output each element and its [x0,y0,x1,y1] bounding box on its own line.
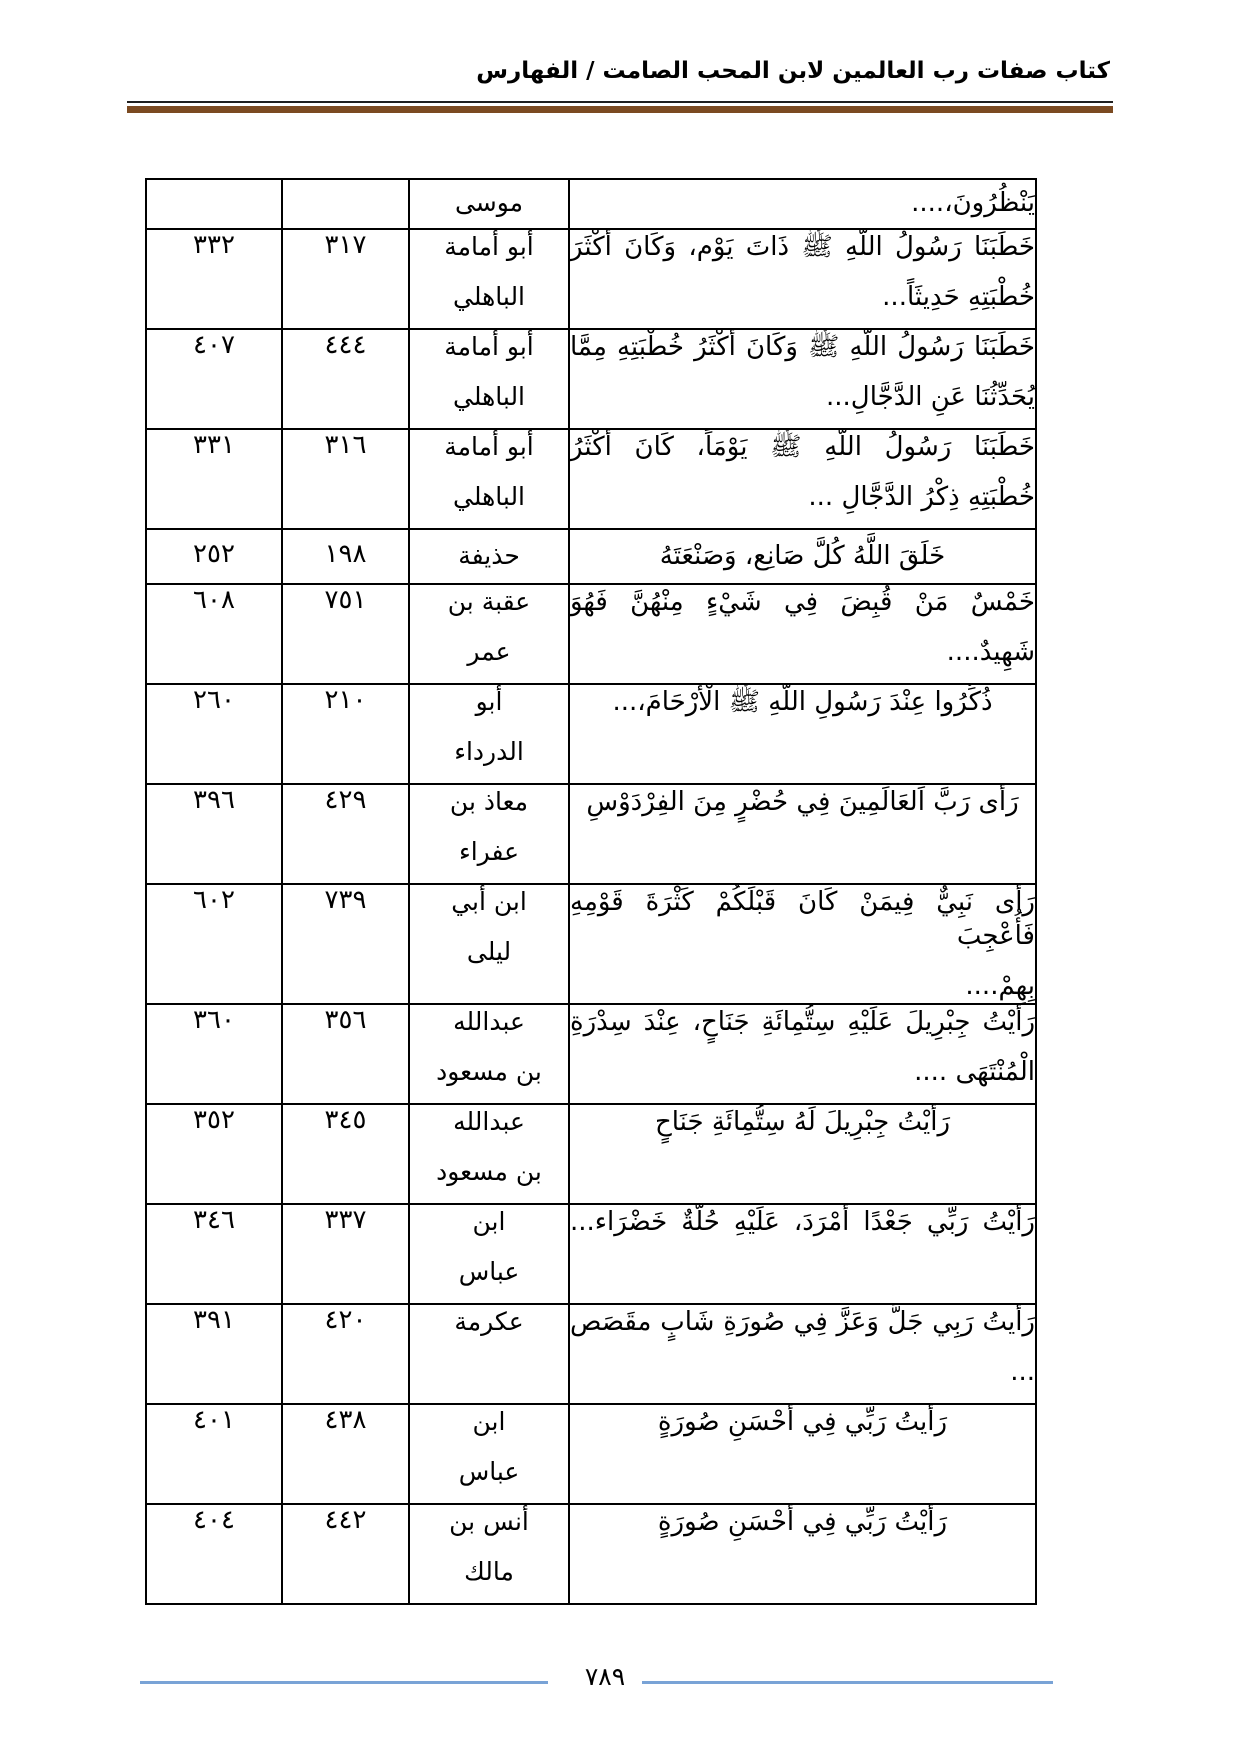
table-row: يَنْظُرُونَ،.... موسى [146,179,1036,229]
hadith-text-line: رَأَى رَبَّ اَلعَالَمِينَ فِي حُضْرٍ مِن… [570,785,1035,819]
page-header-title: كتاب صفات رب العالمين لابن المحب الصامت … [130,58,1110,84]
hadith-text-line: الْمُنْتَهَى .... [570,1055,1035,1089]
hadith-text-line: يُحَدِّثُنَا عَنِ الدَّجَّالِ... [570,380,1035,414]
footer-rule-left-side [642,1681,1053,1684]
page-ref-cell: ٣٣٢ [146,229,282,329]
hadith-text-line: رَأَيْتُ جِبْرِيلَ عَلَيْهِ سِتُّمِائَةِ… [570,1005,1035,1039]
table-row: رَأَيتُ رَبِي جَلَّ وَعَزَّ فِي صُورَةِ … [146,1304,1036,1404]
narrator-cell: عبداللهبن مسعود [409,1004,569,1104]
hadith-text-line: بِهِمْ.... [570,969,1035,1003]
narrator-name: بن مسعود [410,1055,568,1089]
book-index-page: كتاب صفات رب العالمين لابن المحب الصامت … [0,0,1240,1754]
hadith-number-cell: ٧٥١ [282,584,409,684]
narrator-cell: حذيفة [409,529,569,584]
hadith-text-line: ذُكِّرُوا عِنْدَ رَسُولِ اللَّهِ ﷺ الْأَ… [570,685,1035,719]
narrator-cell: عقبة بنعمر [409,584,569,684]
table-row: ذُكِّرُوا عِنْدَ رَسُولِ اللَّهِ ﷺ الْأَ… [146,684,1036,784]
hadith-text-line: رَأَيْتُ رَبِّي جَعْدًا أَمْرَدَ، عَلَيْ… [570,1205,1035,1239]
narrator-name: عبدالله [410,1105,568,1139]
hadith-text-line: خُطْبَتِهِ حَدِيثَاً... [570,280,1035,314]
page-ref-cell: ٣٩٦ [146,784,282,884]
page-ref-cell: ٣٩١ [146,1304,282,1404]
narrator-name: معاذ بن [410,785,568,819]
hadith-number-cell: ٣١٧ [282,229,409,329]
narrator-name: عباس [410,1255,568,1289]
narrator-cell: أبوالدرداء [409,684,569,784]
narrator-name: الباهلي [410,480,568,514]
narrator-name: أبو أمامة [410,330,568,364]
hadith-text-line: رَأَيْتُ رَبِّي فِي أَحْسَنِ صُورَةٍ [570,1505,1035,1539]
hadith-number-cell [282,179,409,229]
hadith-text-line: رَأْيتُ رَبِّي فِي أَحْسَنِ صُورَةٍ [570,1405,1035,1439]
narrator-cell: أبو أمامةالباهلي [409,429,569,529]
narrator-name: أبو أمامة [410,230,568,264]
narrator-name: موسى [410,186,568,220]
table-row: خَطَبَنَا رَسُولُ اللَّهِ ﷺ يَوْمَاً، كَ… [146,429,1036,529]
hadith-text-line: خَلَقَ اللَّهُ كُلَّ صَانِع، وَصَنْعَتَه… [570,539,1035,573]
hadith-text-cell: ذُكِّرُوا عِنْدَ رَسُولِ اللَّهِ ﷺ الْأَ… [569,684,1036,784]
table-row: رَأَيْتُ جِبْرِيلَ لَهُ سِتُّمِائَةِ جَن… [146,1104,1036,1204]
page-ref-cell: ٣٣١ [146,429,282,529]
narrator-cell: عبداللهبن مسعود [409,1104,569,1204]
hadith-text-line: رَأَيْتُ جِبْرِيلَ لَهُ سِتُّمِائَةِ جَن… [570,1105,1035,1139]
narrator-name: حذيفة [410,539,568,573]
narrator-name: ابن [410,1205,568,1239]
narrator-cell: موسى [409,179,569,229]
table-row: خَمْسٌ مَنْ قُبِضَ فِي شَيْءٍ مِنْهُنَّ … [146,584,1036,684]
hadith-text-cell: يَنْظُرُونَ،.... [569,179,1036,229]
narrator-name: بن مسعود [410,1155,568,1189]
page-ref-cell: ٣٥٢ [146,1104,282,1204]
hadith-text-cell: خَطَبَنَا رَسُولُ اللَّهِ ﷺ يَوْمَاً، كَ… [569,429,1036,529]
table-row: رَأَى رَبَّ اَلعَالَمِينَ فِي حُضْرٍ مِن… [146,784,1036,884]
hadith-text-line: يَنْظُرُونَ،.... [570,186,1035,220]
hadith-text-cell: رَأَيْتُ جِبْرِيلَ عَلَيْهِ سِتُّمِائَةِ… [569,1004,1036,1104]
footer-page-number: ٧٨٩ [553,1662,657,1691]
page-ref-cell: ٤٠٤ [146,1504,282,1604]
hadith-text-cell: خَطَبَنَا رَسُولُ اللَّهِ ﷺ ذَاتَ يَوْم،… [569,229,1036,329]
hadith-text-cell: رَأَيتُ رَبِي جَلَّ وَعَزَّ فِي صُورَةِ … [569,1304,1036,1404]
hadith-number-cell: ٤٢٠ [282,1304,409,1404]
page-ref-cell: ٤٠١ [146,1404,282,1504]
hadith-text-cell: رَأَيْتُ جِبْرِيلَ لَهُ سِتُّمِائَةِ جَن… [569,1104,1036,1204]
narrator-name: عقبة بن [410,585,568,619]
hadith-index-table: يَنْظُرُونَ،.... موسى خَطَبَنَا رَسُولُ … [145,178,1037,1605]
hadith-text-line: خَطَبَنَا رَسُولُ اللَّهِ ﷺ ذَاتَ يَوْم،… [570,230,1035,264]
header-rule-thin-line [127,101,1113,103]
table-row: خَطَبَنَا رَسُولُ اللَّهِ ﷺ ذَاتَ يَوْم،… [146,229,1036,329]
hadith-number-cell: ١٩٨ [282,529,409,584]
page-ref-cell: ٣٦٠ [146,1004,282,1104]
table-row: خَلَقَ اللَّهُ كُلَّ صَانِع، وَصَنْعَتَه… [146,529,1036,584]
table-row: رَأَيْتُ رَبِّي جَعْدًا أَمْرَدَ، عَلَيْ… [146,1204,1036,1304]
hadith-text-line: خَطَبَنَا رَسُولُ اللَّهِ ﷺ يَوْمَاً، كَ… [570,430,1035,464]
narrator-cell: ابنعباس [409,1204,569,1304]
hadith-text-line: خَمْسٌ مَنْ قُبِضَ فِي شَيْءٍ مِنْهُنَّ … [570,585,1035,619]
hadith-text-cell: رَأَى نَبِيٌّ فِيمَنْ كَانَ قَبْلَكُمْ ك… [569,884,1036,1004]
narrator-name: ليلى [410,935,568,969]
page-ref-cell: ٤٠٧ [146,329,282,429]
hadith-text-line: خَطَبَنَا رَسُولُ اللَّهِ ﷺ وَكَانَ أَكْ… [570,330,1035,364]
page-ref-cell: ٢٦٠ [146,684,282,784]
narrator-name: ابن [410,1405,568,1439]
hadith-text-line: رَأَى نَبِيٌّ فِيمَنْ كَانَ قَبْلَكُمْ ك… [570,885,1035,953]
hadith-number-cell: ٤٤٤ [282,329,409,429]
narrator-name: الباهلي [410,280,568,314]
narrator-cell: معاذ بنعفراء [409,784,569,884]
narrator-cell: ابنعباس [409,1404,569,1504]
hadith-text-line: شَهِيدٌ.... [570,635,1035,669]
narrator-name: الدرداء [410,735,568,769]
page-ref-cell: ٦٠٢ [146,884,282,1004]
hadith-text-line: خُطْبَتِهِ ذِكْرُ الدَّجَّالِ ... [570,480,1035,514]
narrator-name: ابن أبي [410,885,568,919]
header-rule [127,101,1113,113]
hadith-number-cell: ٣١٦ [282,429,409,529]
header-rule-thick-line [127,106,1113,113]
narrator-name: عكرمة [410,1305,568,1339]
hadith-text-line: ... [570,1355,1035,1389]
page-ref-cell [146,179,282,229]
hadith-number-cell: ٣٥٦ [282,1004,409,1104]
narrator-name: أبو أمامة [410,430,568,464]
hadith-text-cell: خَطَبَنَا رَسُولُ اللَّهِ ﷺ وَكَانَ أَكْ… [569,329,1036,429]
footer-rule-right-side [140,1681,548,1684]
narrator-name: أبو [410,685,568,719]
narrator-name: عفراء [410,835,568,869]
hadith-text-cell: رَأَيْتُ رَبِّي جَعْدًا أَمْرَدَ، عَلَيْ… [569,1204,1036,1304]
narrator-cell: أبو أمامةالباهلي [409,329,569,429]
page-ref-cell: ٢٥٢ [146,529,282,584]
narrator-cell: أبو أمامةالباهلي [409,229,569,329]
narrator-name: مالك [410,1555,568,1589]
table-row: خَطَبَنَا رَسُولُ اللَّهِ ﷺ وَكَانَ أَكْ… [146,329,1036,429]
hadith-text-line: رَأَيتُ رَبِي جَلَّ وَعَزَّ فِي صُورَةِ … [570,1305,1035,1339]
narrator-cell: ابن أبيليلى [409,884,569,1004]
narrator-cell: عكرمة [409,1304,569,1404]
page-ref-cell: ٣٤٦ [146,1204,282,1304]
table-row: رَأْيتُ رَبِّي فِي أَحْسَنِ صُورَةٍ ابنع… [146,1404,1036,1504]
hadith-number-cell: ٤٣٨ [282,1404,409,1504]
table-row: رَأَى نَبِيٌّ فِيمَنْ كَانَ قَبْلَكُمْ ك… [146,884,1036,1004]
narrator-cell: أنس بنمالك [409,1504,569,1604]
table-row: رَأَيْتُ جِبْرِيلَ عَلَيْهِ سِتُّمِائَةِ… [146,1004,1036,1104]
hadith-number-cell: ٣٣٧ [282,1204,409,1304]
hadith-text-cell: خَلَقَ اللَّهُ كُلَّ صَانِع، وَصَنْعَتَه… [569,529,1036,584]
index-table-body: يَنْظُرُونَ،.... موسى خَطَبَنَا رَسُولُ … [146,179,1036,1604]
hadith-number-cell: ٧٣٩ [282,884,409,1004]
hadith-number-cell: ٣٤٥ [282,1104,409,1204]
hadith-text-cell: رَأَيْتُ رَبِّي فِي أَحْسَنِ صُورَةٍ [569,1504,1036,1604]
hadith-text-cell: خَمْسٌ مَنْ قُبِضَ فِي شَيْءٍ مِنْهُنَّ … [569,584,1036,684]
page-ref-cell: ٦٠٨ [146,584,282,684]
hadith-number-cell: ٤٤٢ [282,1504,409,1604]
table-row: رَأَيْتُ رَبِّي فِي أَحْسَنِ صُورَةٍ أنس… [146,1504,1036,1604]
narrator-name: الباهلي [410,380,568,414]
narrator-name: عبدالله [410,1005,568,1039]
hadith-text-cell: رَأْيتُ رَبِّي فِي أَحْسَنِ صُورَةٍ [569,1404,1036,1504]
hadith-number-cell: ٢١٠ [282,684,409,784]
narrator-name: أنس بن [410,1505,568,1539]
narrator-name: عباس [410,1455,568,1489]
hadith-text-cell: رَأَى رَبَّ اَلعَالَمِينَ فِي حُضْرٍ مِن… [569,784,1036,884]
hadith-number-cell: ٤٢٩ [282,784,409,884]
narrator-name: عمر [410,635,568,669]
